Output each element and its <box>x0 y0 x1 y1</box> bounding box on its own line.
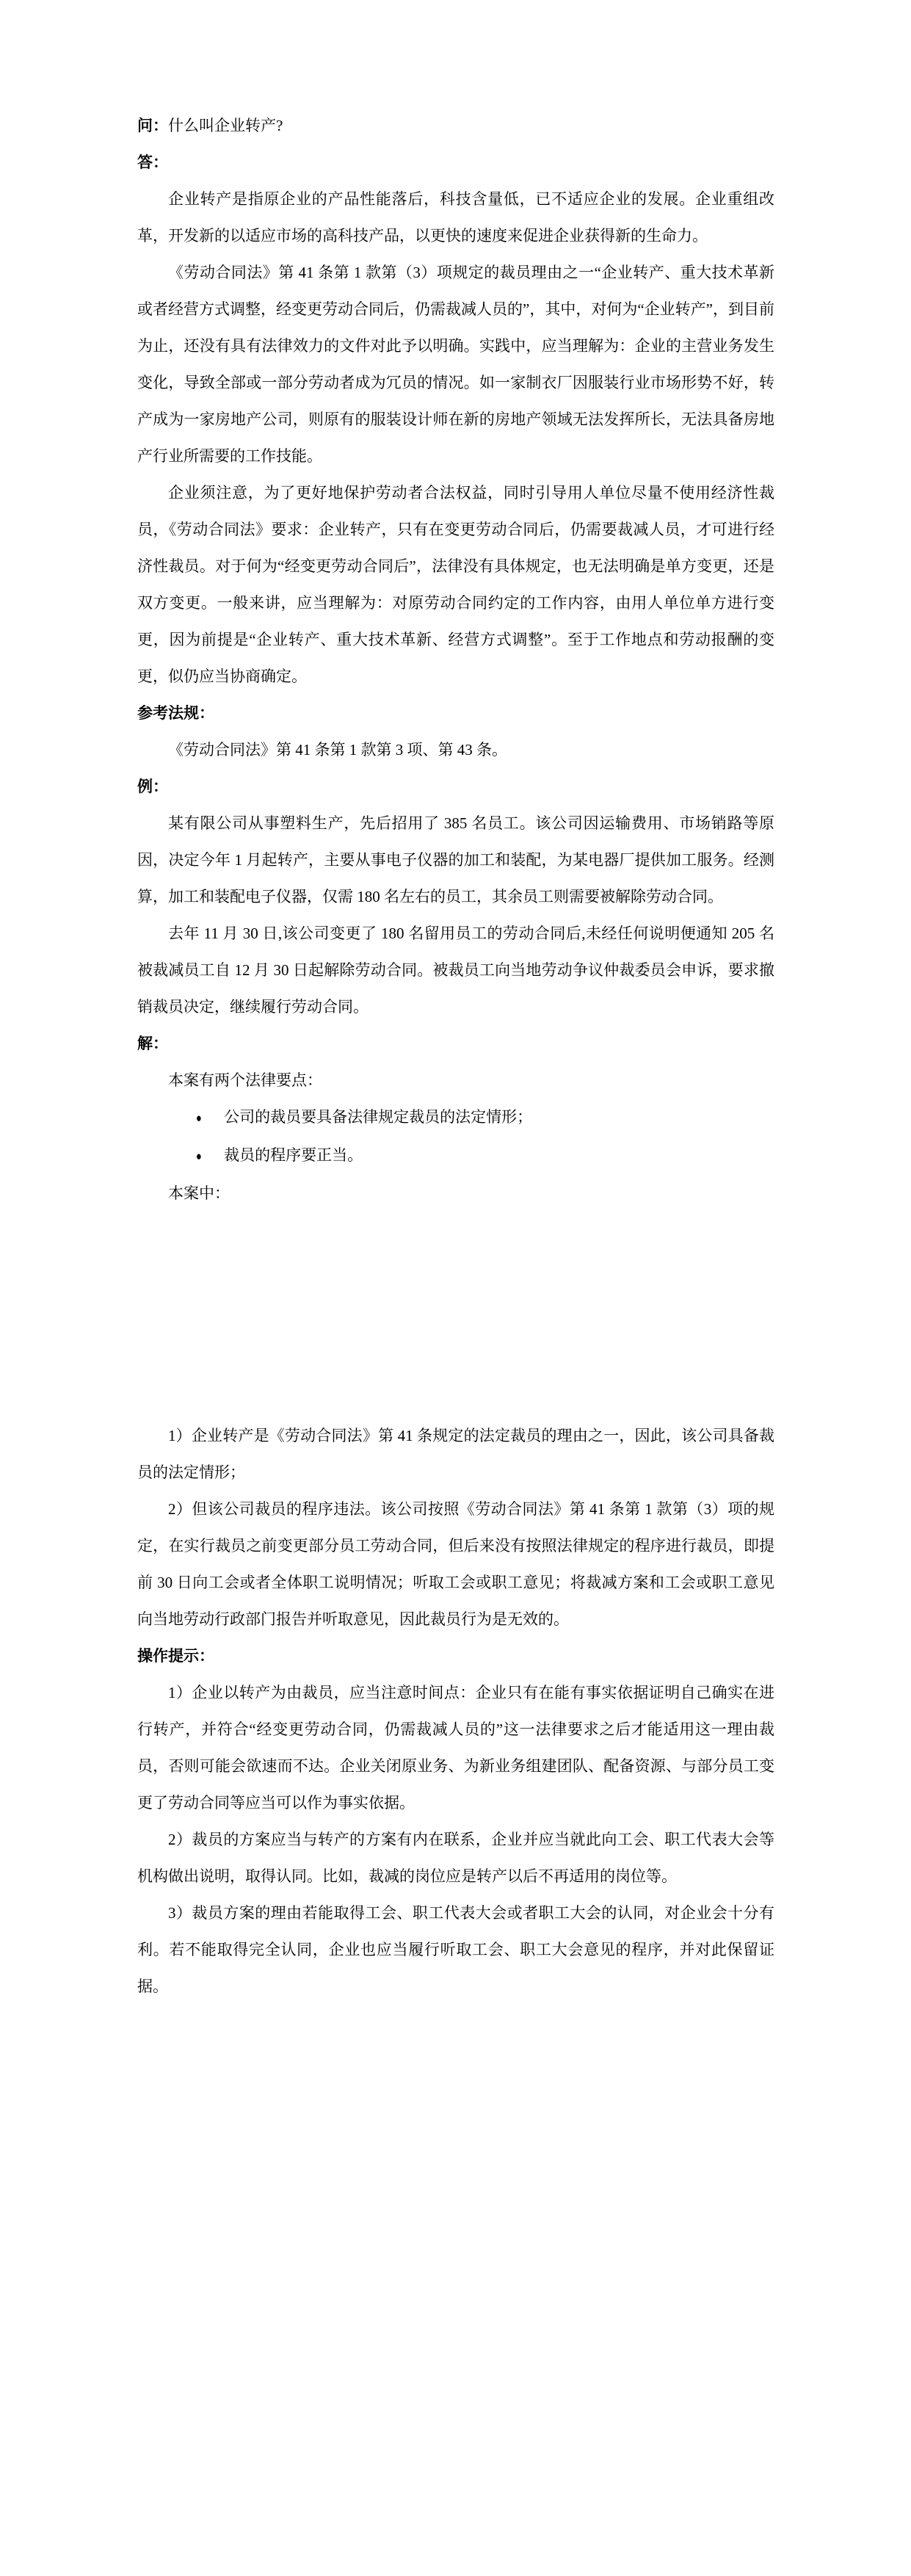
blank-space <box>137 1212 774 1417</box>
paragraph: 3）裁员方案的理由若能取得工会、职工代表大会或者职工大会的认同，对企业会十分有利… <box>137 1895 774 2005</box>
section-heading: 解： <box>137 1025 774 1062</box>
bullet-item: ●裁员的程序要正当。 <box>137 1137 774 1175</box>
paragraph: 2）但该公司裁员的程序违法。该公司按照《劳动合同法》第 41 条第 1 款第（3… <box>137 1491 774 1638</box>
document-page: 问：什么叫企业转产?答：企业转产是指原企业的产品性能落后，科技含量低，已不适应企… <box>0 0 911 2576</box>
paragraph: 2）裁员的方案应当与转产的方案有内在联系，企业并应当就此向工会、职工代表大会等机… <box>137 1821 774 1895</box>
bullet-item: ●公司的裁员要具备法律规定裁员的法定情形； <box>137 1099 774 1137</box>
paragraph: 1）企业转产是《劳动合同法》第 41 条规定的法定裁员的理由之一，因此，该公司具… <box>137 1417 774 1491</box>
paragraph: 《劳动合同法》第 41 条第 1 款第 3 项、第 43 条。 <box>137 731 774 768</box>
bullet-text: 公司的裁员要具备法律规定裁员的法定情形； <box>224 1108 532 1126</box>
paragraph: 企业转产是指原企业的产品性能落后，科技含量低，已不适应企业的发展。企业重组改革，… <box>137 181 774 254</box>
document-body: 问：什么叫企业转产?答：企业转产是指原企业的产品性能落后，科技含量低，已不适应企… <box>137 107 774 2005</box>
paragraph: 某有限公司从事塑料生产，先后招用了 385 名员工。该公司因运输费用、市场销路等… <box>137 805 774 915</box>
paragraph: 《劳动合同法》第 41 条第 1 款第（3）项规定的裁员理由之一“企业转产、重大… <box>137 254 774 474</box>
paragraph: 本案中： <box>137 1175 774 1212</box>
question-label: 问： <box>137 117 168 134</box>
bullet-icon: ● <box>173 1100 202 1137</box>
section-heading: 例： <box>137 768 774 805</box>
bullet-text: 裁员的程序要正当。 <box>224 1146 363 1164</box>
question-text: 什么叫企业转产? <box>168 117 283 134</box>
paragraph: 去年 11 月 30 日,该公司变更了 180 名留用员工的劳动合同后,未经任何… <box>137 915 774 1025</box>
section-heading: 参考法规： <box>137 695 774 731</box>
paragraph: 本案有两个法律要点： <box>137 1062 774 1099</box>
paragraph: 1）企业以转产为由裁员，应当注意时间点：企业只有在能有事实依据证明自己确实在进行… <box>137 1674 774 1821</box>
paragraph: 企业须注意，为了更好地保护劳动者合法权益，同时引导用人单位尽量不使用经济性裁员，… <box>137 474 774 695</box>
question-line: 问：什么叫企业转产? <box>137 107 774 144</box>
section-heading: 答： <box>137 144 774 181</box>
section-heading: 操作提示： <box>137 1638 774 1674</box>
bullet-icon: ● <box>173 1138 202 1175</box>
